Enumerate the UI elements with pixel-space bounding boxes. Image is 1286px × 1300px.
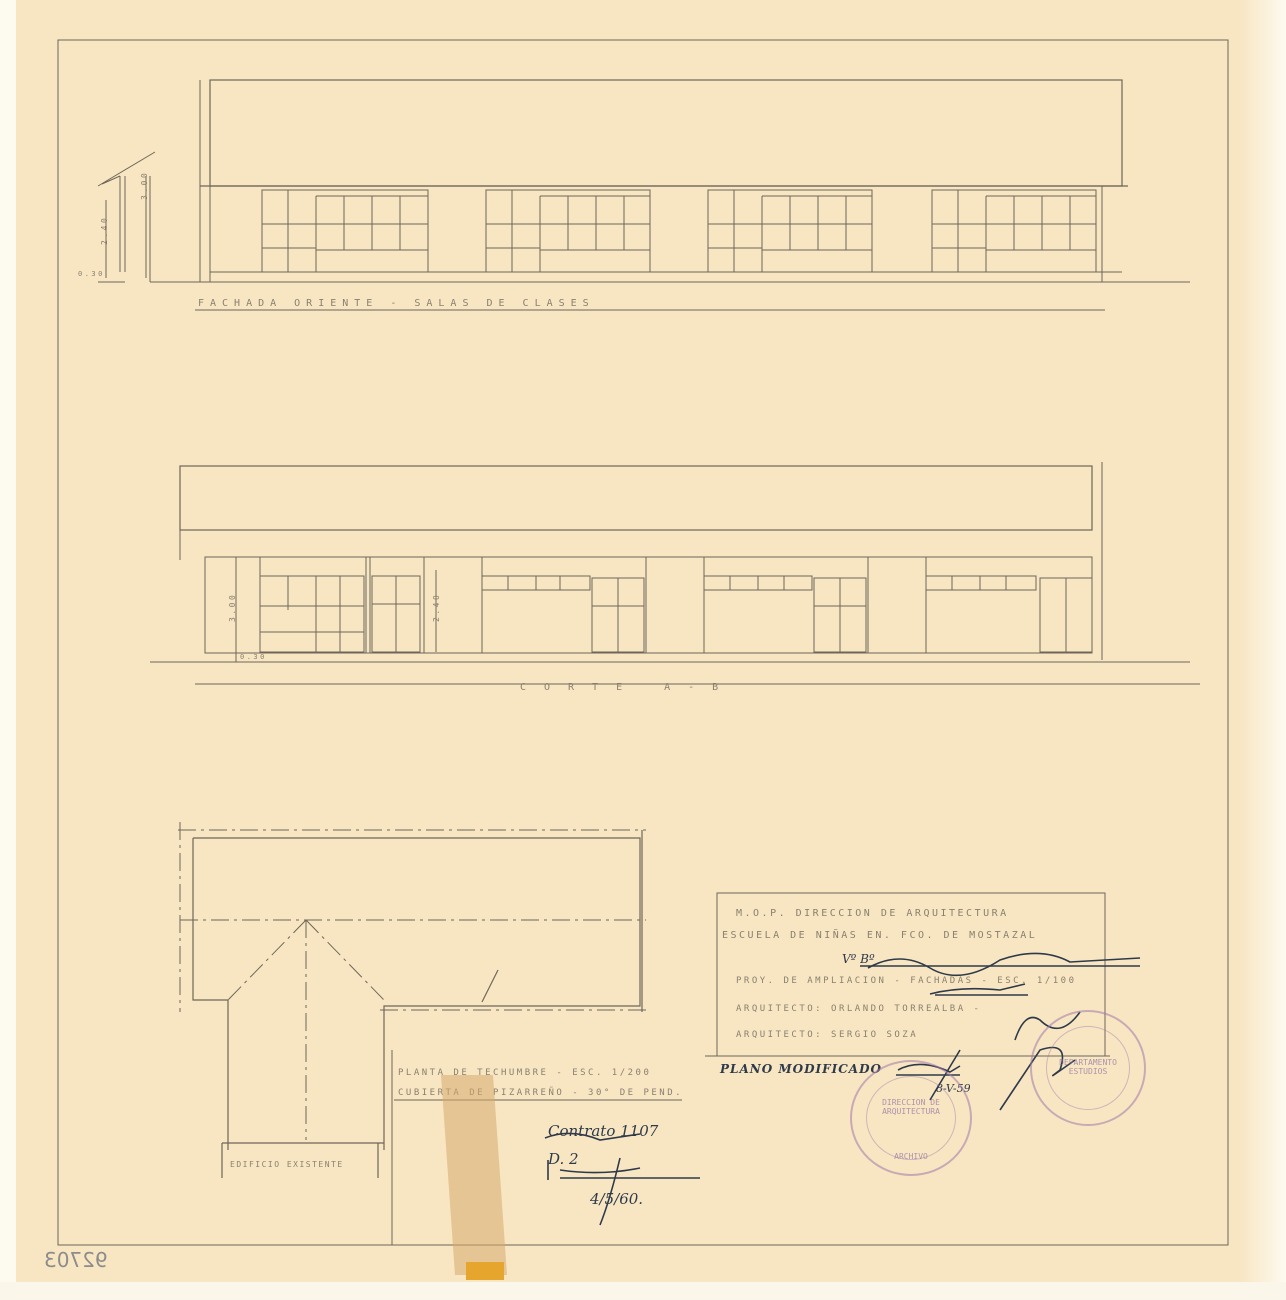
contract-note: Contrato 1107 [548,1122,658,1140]
section-dimension-3-00: 3.00 [228,593,237,622]
studies-department-stamp: DEPARTAMENTO ESTUDIOS [1030,1010,1146,1126]
title-block-architect-2: ARQUITECTO: SERGIO SOZA [736,1030,918,1040]
elevation-east-title: FACHADA ORIENTE - SALAS DE CLASES [198,298,595,309]
title-block-architect-1: ARQUITECTO: ORLANDO TORREALBA - [736,1004,981,1014]
catalog-number: 92703 [44,1248,108,1272]
contract-date: 4/5/60. [590,1190,643,1208]
section-ab-title: CORTE A-B [520,682,736,693]
approval-mark: Vº Bº [842,952,875,966]
section-dimension-2-40: 2.40 [432,593,441,622]
contract-note-line2: D. 2 [548,1150,579,1168]
roof-plan-subtitle: CUBIERTA DE PIZARREÑO - 30° DE PEND. [398,1088,683,1098]
adhesive-tape-end [466,1262,504,1280]
title-block-ministry: M.O.P. DIRECCION DE ARQUITECTURA [736,908,1009,919]
section-ab [150,462,1200,684]
east-elevation [98,80,1190,310]
dimension-2-40: 2.40 [100,216,109,245]
dimension-0-30: 0.30 [78,270,105,278]
section-dimension-0-30: 0.30 [240,653,267,661]
dimension-3-00: 3.00 [140,171,149,200]
existing-building-label: EDIFICIO EXISTENTE [230,1160,344,1169]
roof-plan-title: PLANTA DE TECHUMBRE - ESC. 1/200 [398,1068,651,1078]
archive-stamp: DIRECCION DE ARQUITECTURA ARCHIVO [850,1060,972,1176]
title-block-project: PROY. DE AMPLIACION - FACHADAS - ESC. 1/… [736,976,1077,986]
title-block-school: ESCUELA DE NIÑAS EN. FCO. DE MOSTAZAL [722,930,1037,941]
modified-plan-label: PLANO MODIFICADO [720,1062,882,1076]
